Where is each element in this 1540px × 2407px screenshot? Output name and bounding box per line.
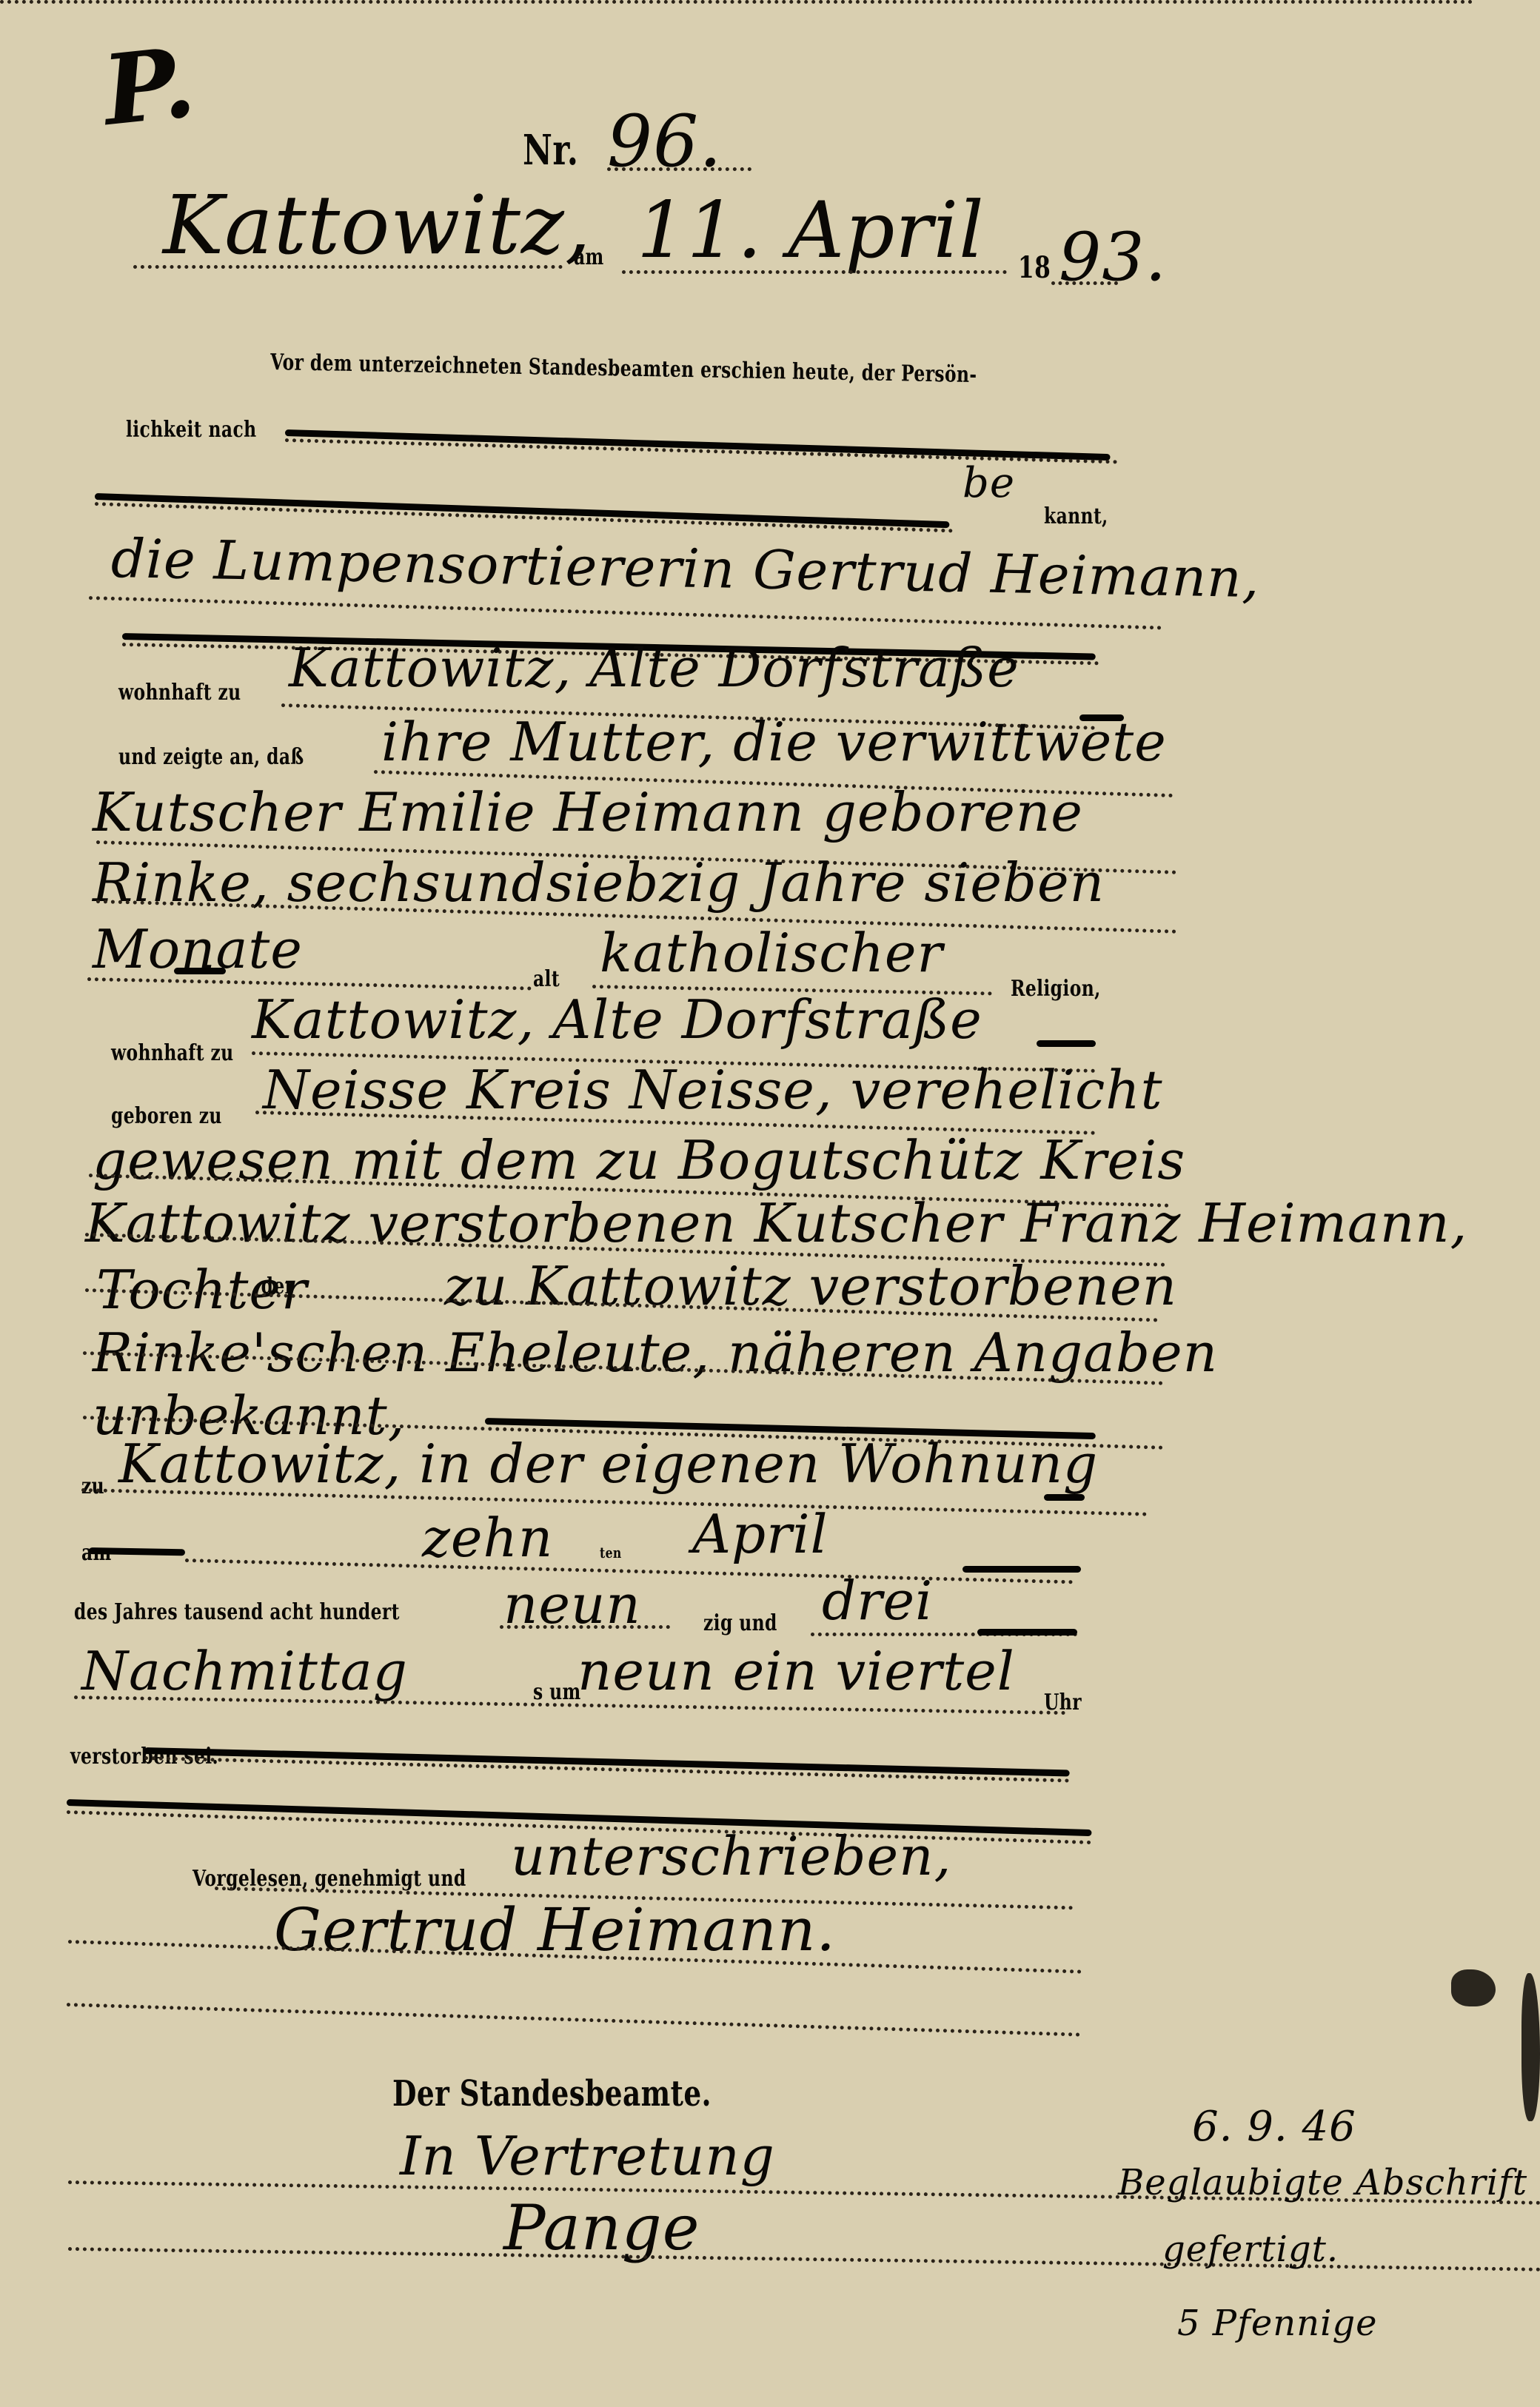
bekannt-prefix: be xyxy=(962,459,1015,507)
death-year-unit: drei xyxy=(822,1570,933,1632)
informant-line-a: Kutscher Emilie Heimann geborene xyxy=(93,781,1083,843)
religion-value: katholischer xyxy=(600,922,943,984)
geboren-label: geboren zu xyxy=(111,1103,222,1129)
deceased-line-b: Kattowitz verstorbenen Kutscher Franz He… xyxy=(85,1192,1467,1254)
death-day: zehn xyxy=(422,1507,553,1569)
uhr-label: Uhr xyxy=(1044,1690,1082,1715)
year-prefix: 18 xyxy=(1018,250,1051,285)
geboren-value: Neisse Kreis Neisse, verehelicht xyxy=(263,1059,1163,1121)
intro-line-2-label: lichkeit nach xyxy=(126,417,256,443)
official-title: Der Standesbeamte. xyxy=(392,2073,712,2115)
zeigte-an-label: und zeigte an, daß xyxy=(118,744,304,770)
deceased-wohnhaft-label: wohnhaft zu xyxy=(111,1040,234,1066)
paper-damage xyxy=(1521,1973,1540,2121)
margin-note-line-2: gefertigt. xyxy=(1162,2229,1339,2270)
death-place: Kattowitz, in der eigenen Wohnung xyxy=(118,1433,1098,1495)
registry-date: 11. April xyxy=(637,185,985,275)
death-time: neun ein viertel xyxy=(577,1640,1015,1702)
informant-name: die Lumpensortiererin Gertrud Heimann, xyxy=(110,527,1260,609)
zeigte-an-value: ihre Mutter, die verwittwete xyxy=(381,711,1167,773)
am-label: am xyxy=(574,244,604,270)
official-deputy: In Vertretung xyxy=(400,2125,775,2187)
nr-label: Nr. xyxy=(523,126,578,175)
paper-damage xyxy=(1451,1969,1496,2006)
deceased-wohnhaft-value: Kattowitz, Alte Dorfstraße xyxy=(252,988,982,1051)
death-time-prefix: Nachmittag xyxy=(81,1640,408,1702)
corner-mark: P. xyxy=(98,25,201,147)
um-label: s um xyxy=(533,1679,581,1705)
informant-wohnhaft-value: Kattowitz, Alte Dorfstraße xyxy=(289,637,1020,699)
death-ten-label: ten xyxy=(600,1544,622,1561)
informant-wohnhaft-label: wohnhaft zu xyxy=(118,680,241,706)
religion-label: Religion, xyxy=(1011,976,1101,1002)
deceased-line-d: Rinke'schen Eheleute, näheren Angaben xyxy=(93,1322,1218,1384)
bekannt-suffix: kannt, xyxy=(1044,503,1108,529)
margin-note-date: 6. 9. 46 xyxy=(1192,2103,1356,2151)
death-zu-label: zu xyxy=(81,1473,104,1499)
jahres-label: des Jahres tausend acht hundert xyxy=(74,1599,400,1625)
deceased-line-a: gewesen mit dem zu Bogutschütz Kreis xyxy=(93,1129,1185,1191)
registry-place: Kattowitz, xyxy=(163,178,592,272)
zig-und-label: zig und xyxy=(703,1610,777,1636)
margin-note-line-1: Beglaubigte Abschrift xyxy=(1118,2162,1527,2203)
intro-line-1: Vor dem unterzeichneten Standesbeamten e… xyxy=(270,349,977,388)
signed-value: unterschrieben, xyxy=(511,1825,951,1887)
margin-note-line-3: 5 Pfennige xyxy=(1177,2303,1378,2344)
death-month: April xyxy=(692,1503,828,1565)
